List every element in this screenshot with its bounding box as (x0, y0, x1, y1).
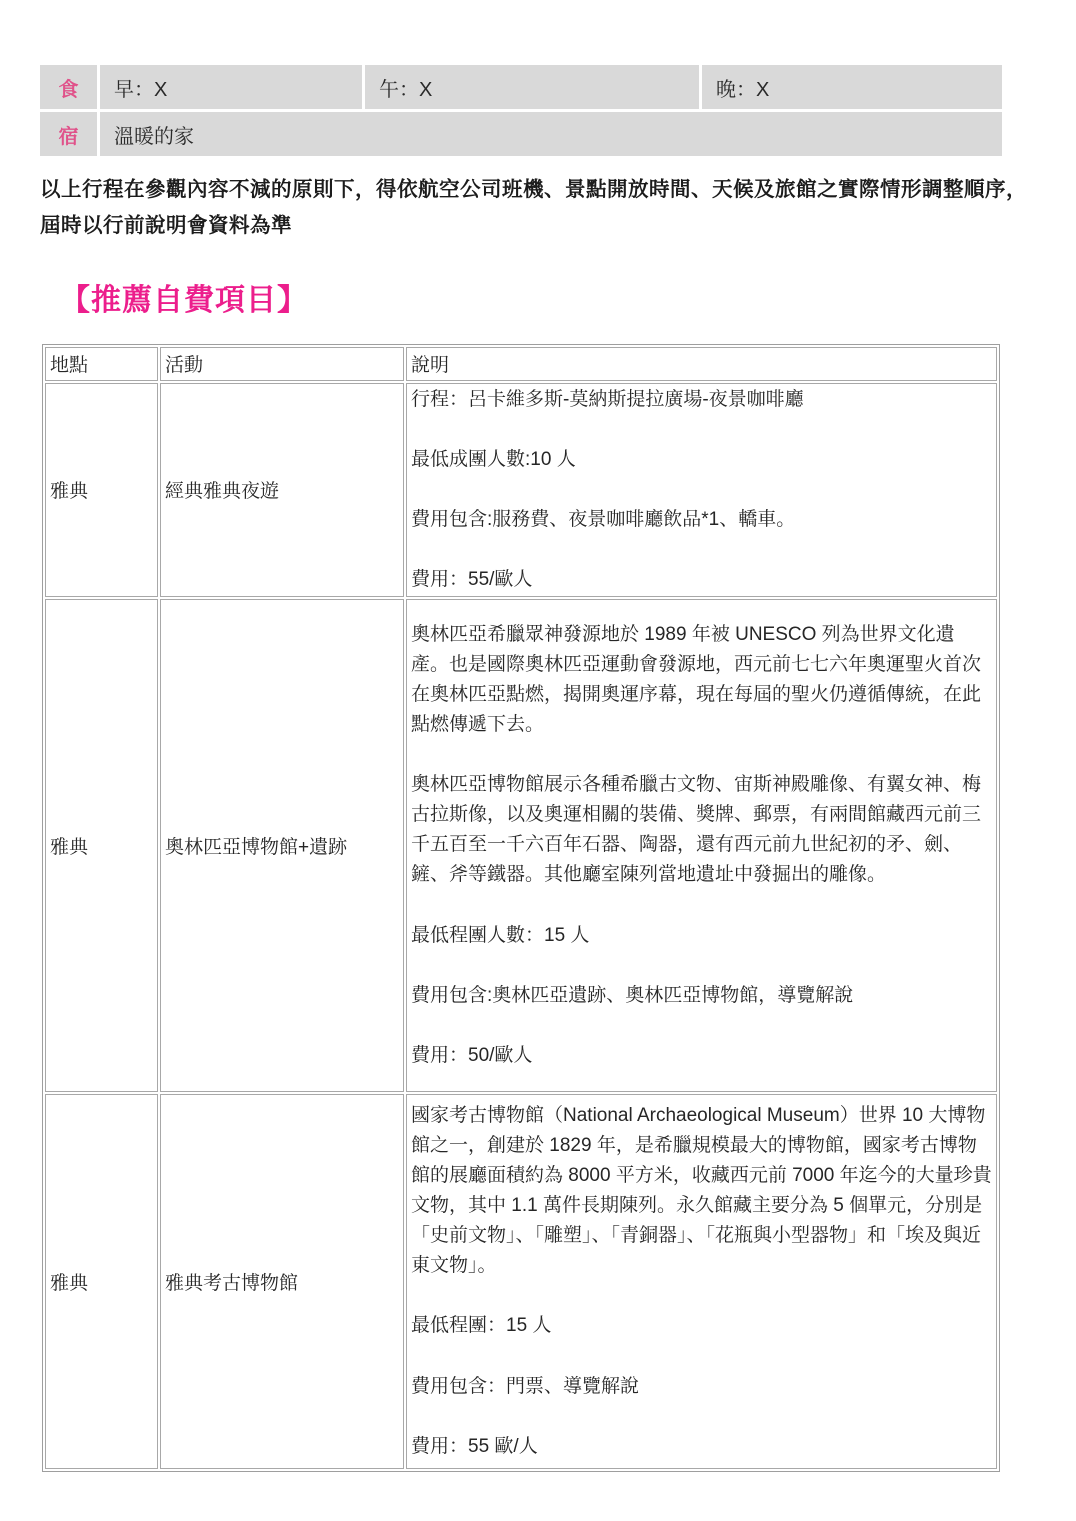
lodging-row: 宿 溫暖的家 (40, 112, 1002, 156)
description-cell: 奧林匹亞希臘眾神發源地於 1989 年被 UNESCO 列為世界文化遺產。也是國… (406, 599, 997, 1092)
location-cell: 雅典 (45, 1094, 158, 1469)
activity-cell: 奧林匹亞博物館+遺跡 (160, 599, 404, 1092)
table-row: 雅典 雅典考古博物館 國家考古博物館（National Archaeologic… (45, 1094, 997, 1469)
lunch-cell: 午：X (365, 65, 699, 109)
lodging-row-label: 宿 (40, 112, 97, 156)
meal-row-label: 食 (40, 65, 97, 109)
optional-tours-section-title: 【推薦自費項目】 (60, 275, 1040, 319)
description-cell: 行程：呂卡維多斯-莫納斯提拉廣場-夜景咖啡廳 最低成團人數:10 人 費用包含:… (406, 383, 997, 597)
table-row: 雅典 經典雅典夜遊 行程：呂卡維多斯-莫納斯提拉廣場-夜景咖啡廳 最低成團人數:… (45, 383, 997, 597)
description-cell: 國家考古博物館（National Archaeological Museum）世… (406, 1094, 997, 1469)
activity-cell: 經典雅典夜遊 (160, 383, 404, 597)
itinerary-page: 食 早：X 午：X 晚：X 宿 溫暖的家 以上行程在參觀內容不減的原則下，得依航… (0, 0, 1076, 1521)
meal-row: 食 早：X 午：X 晚：X (40, 65, 1002, 109)
table-header-row: 地點 活動 說明 (45, 347, 997, 381)
itinerary-notice-text: 以上行程在參觀內容不減的原則下，得依航空公司班機、景點開放時間、天候及旅館之實際… (40, 172, 1040, 245)
lodging-cell: 溫暖的家 (100, 112, 1002, 156)
header-activity: 活動 (160, 347, 404, 381)
optional-tours-table: 地點 活動 說明 雅典 經典雅典夜遊 行程：呂卡維多斯-莫納斯提拉廣場-夜景咖啡… (42, 344, 1000, 1472)
header-description: 說明 (406, 347, 997, 381)
location-cell: 雅典 (45, 383, 158, 597)
breakfast-cell: 早：X (100, 65, 362, 109)
meal-lodging-table: 食 早：X 午：X 晚：X 宿 溫暖的家 (37, 62, 1005, 159)
location-cell: 雅典 (45, 599, 158, 1092)
activity-cell: 雅典考古博物館 (160, 1094, 404, 1469)
table-row: 雅典 奧林匹亞博物館+遺跡 奧林匹亞希臘眾神發源地於 1989 年被 UNESC… (45, 599, 997, 1092)
header-location: 地點 (45, 347, 158, 381)
dinner-cell: 晚：X (702, 65, 1002, 109)
